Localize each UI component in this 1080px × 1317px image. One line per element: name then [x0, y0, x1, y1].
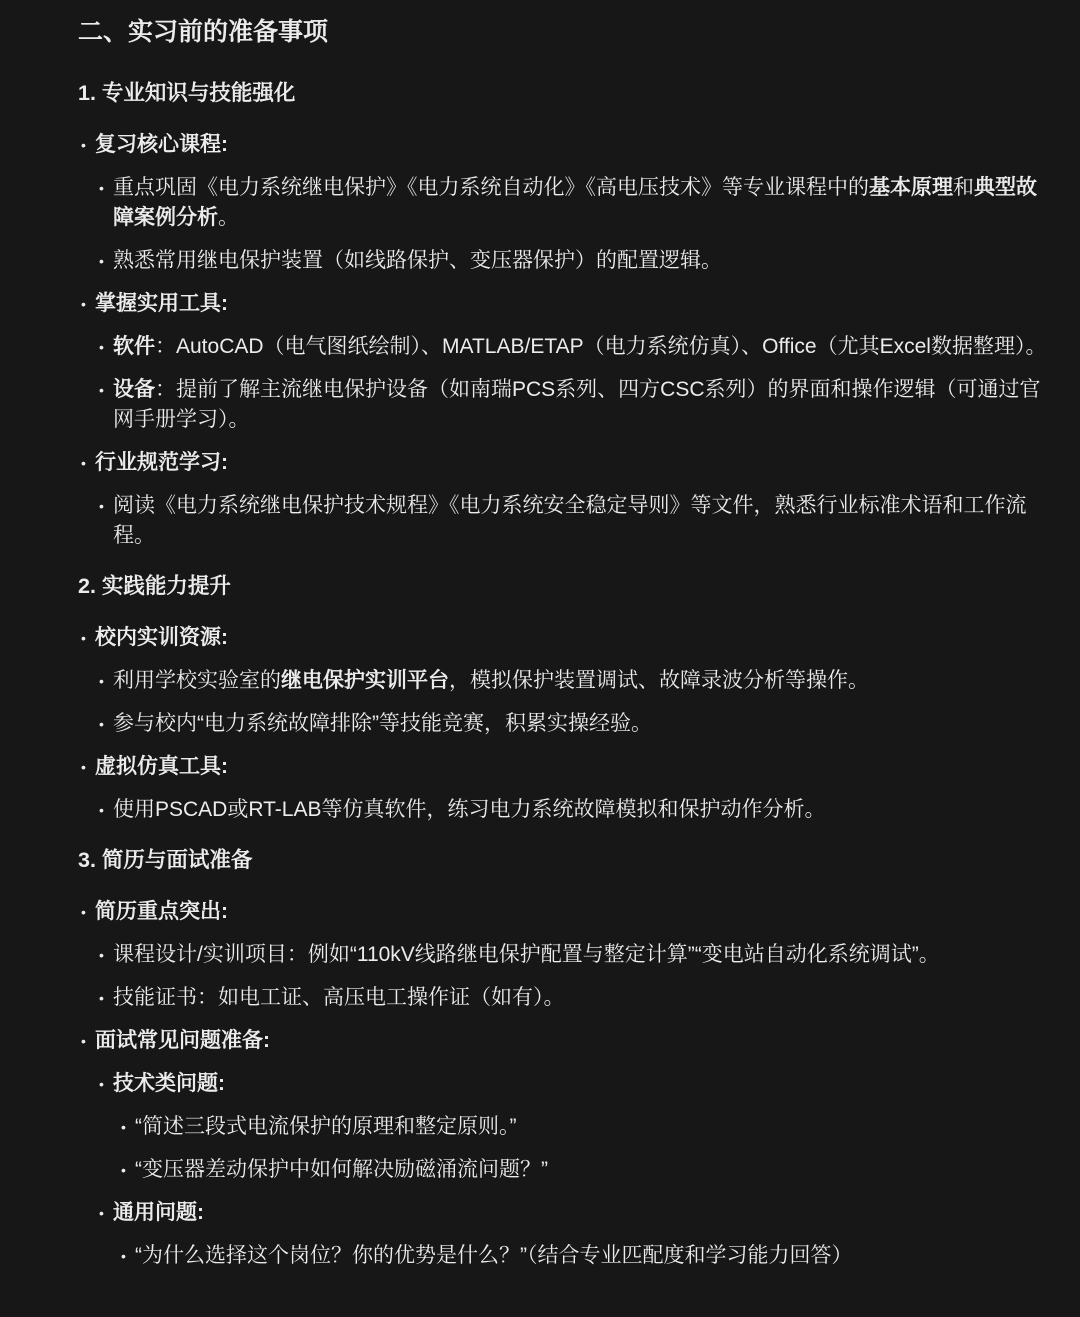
bullet-icon: • — [81, 897, 86, 927]
list-item: • 面试常见问题准备: — [78, 1026, 1052, 1056]
bullet-icon: • — [99, 666, 104, 696]
item-text: 通用问题: — [113, 1201, 204, 1224]
bullet-icon: • — [99, 1198, 104, 1228]
bullet-icon: • — [99, 246, 104, 276]
list-item: • 校内实训资源: — [78, 623, 1052, 653]
list-item: • 熟悉常用继电保护装置（如线路保护、变压器保护）的配置逻辑。 — [96, 246, 1052, 276]
item-text: “变压器差动保护中如何解决励磁涌流问题？” — [135, 1158, 548, 1181]
list-item: • 掌握实用工具: — [78, 289, 1052, 319]
bullet-icon: • — [99, 983, 104, 1013]
bullet-icon: • — [81, 623, 86, 653]
item-text: 简历重点突出: — [95, 900, 228, 923]
item-text: 课程设计/实训项目：例如“110kV线路继电保护配置与整定计算”“变电站自动化系… — [113, 943, 940, 966]
bullet-icon: • — [81, 130, 86, 160]
list-item: • 行业规范学习: — [78, 448, 1052, 478]
list-item: • “简述三段式电流保护的原理和整定原则。” — [118, 1112, 1052, 1142]
list-item: • 软件：AutoCAD（电气图纸绘制）、MATLAB/ETAP（电力系统仿真）… — [96, 332, 1052, 362]
item-text: 面试常见问题准备: — [95, 1029, 270, 1052]
list-item: • 复习核心课程: — [78, 130, 1052, 160]
list-item: • “为什么选择这个岗位？你的优势是什么？”（结合专业匹配度和学习能力回答） — [118, 1241, 1052, 1271]
bullet-icon: • — [99, 173, 104, 203]
list-item: • 参与校内“电力系统故障排除”等技能竞赛，积累实操经验。 — [96, 709, 1052, 739]
bullet-icon: • — [99, 375, 104, 405]
bullet-icon: • — [81, 289, 86, 319]
item-text: 校内实训资源: — [95, 626, 228, 649]
item-text: 行业规范学习: — [95, 451, 228, 474]
bullet-icon: • — [99, 795, 104, 825]
bullet-icon: • — [99, 491, 104, 521]
list-item: • “变压器差动保护中如何解决励磁涌流问题？” — [118, 1155, 1052, 1185]
list-item: • 课程设计/实训项目：例如“110kV线路继电保护配置与整定计算”“变电站自动… — [96, 940, 1052, 970]
bullet-icon: • — [81, 752, 86, 782]
section-3-heading: 3. 简历与面试准备 — [78, 845, 1052, 875]
list-item: • 利用学校实验室的继电保护实训平台，模拟保护装置调试、故障录波分析等操作。 — [96, 666, 1052, 696]
section-2-heading: 2. 实践能力提升 — [78, 571, 1052, 601]
list-item: • 阅读《电力系统继电保护技术规程》《电力系统安全稳定导则》等文件，熟悉行业标准… — [96, 491, 1052, 551]
bullet-icon: • — [99, 709, 104, 739]
item-text: 掌握实用工具: — [95, 292, 228, 315]
bullet-icon: • — [99, 1069, 104, 1099]
list-item: • 设备：提前了解主流继电保护设备（如南瑞PCS系列、四方CSC系列）的界面和操… — [96, 375, 1052, 435]
bullet-icon: • — [121, 1241, 126, 1271]
item-text: 技能证书：如电工证、高压电工操作证（如有）。 — [113, 986, 565, 1009]
item-text: “为什么选择这个岗位？你的优势是什么？”（结合专业匹配度和学习能力回答） — [135, 1244, 852, 1267]
list-item: • 使用PSCAD或RT-LAB等仿真软件，练习电力系统故障模拟和保护动作分析。 — [96, 795, 1052, 825]
item-text: 参与校内“电力系统故障排除”等技能竞赛，积累实操经验。 — [113, 712, 652, 735]
bullet-icon: • — [81, 448, 86, 478]
item-text: 重点巩固《电力系统继电保护》《电力系统自动化》《高电压技术》等专业课程中的基本原… — [113, 176, 1037, 229]
bullet-icon: • — [99, 332, 104, 362]
item-text: 阅读《电力系统继电保护技术规程》《电力系统安全稳定导则》等文件，熟悉行业标准术语… — [113, 494, 1027, 547]
bullet-icon: • — [121, 1112, 126, 1142]
item-text: “简述三段式电流保护的原理和整定原则。” — [135, 1115, 517, 1138]
document-page: 二、实习前的准备事项 1. 专业知识与技能强化 • 复习核心课程: • 重点巩固… — [0, 0, 1080, 1317]
bullet-icon: • — [121, 1155, 126, 1185]
list-item: • 虚拟仿真工具: — [78, 752, 1052, 782]
item-text: 技术类问题: — [113, 1072, 225, 1095]
item-text: 软件：AutoCAD（电气图纸绘制）、MATLAB/ETAP（电力系统仿真）、O… — [113, 335, 1046, 358]
list-item: • 简历重点突出: — [78, 897, 1052, 927]
section-1-heading: 1. 专业知识与技能强化 — [78, 78, 1052, 108]
doc-title: 二、实习前的准备事项 — [78, 16, 1052, 48]
bullet-icon: • — [99, 940, 104, 970]
item-text: 使用PSCAD或RT-LAB等仿真软件，练习电力系统故障模拟和保护动作分析。 — [113, 798, 826, 821]
list-item: • 技能证书：如电工证、高压电工操作证（如有）。 — [96, 983, 1052, 1013]
item-text: 复习核心课程: — [95, 133, 228, 156]
bullet-icon: • — [81, 1026, 86, 1056]
item-text: 利用学校实验室的继电保护实训平台，模拟保护装置调试、故障录波分析等操作。 — [113, 669, 869, 692]
list-item: • 重点巩固《电力系统继电保护》《电力系统自动化》《高电压技术》等专业课程中的基… — [96, 173, 1052, 233]
item-text: 熟悉常用继电保护装置（如线路保护、变压器保护）的配置逻辑。 — [113, 249, 722, 272]
list-item: • 技术类问题: — [96, 1069, 1052, 1099]
item-text: 虚拟仿真工具: — [95, 755, 228, 778]
list-item: • 通用问题: — [96, 1198, 1052, 1228]
item-text: 设备：提前了解主流继电保护设备（如南瑞PCS系列、四方CSC系列）的界面和操作逻… — [113, 378, 1041, 431]
